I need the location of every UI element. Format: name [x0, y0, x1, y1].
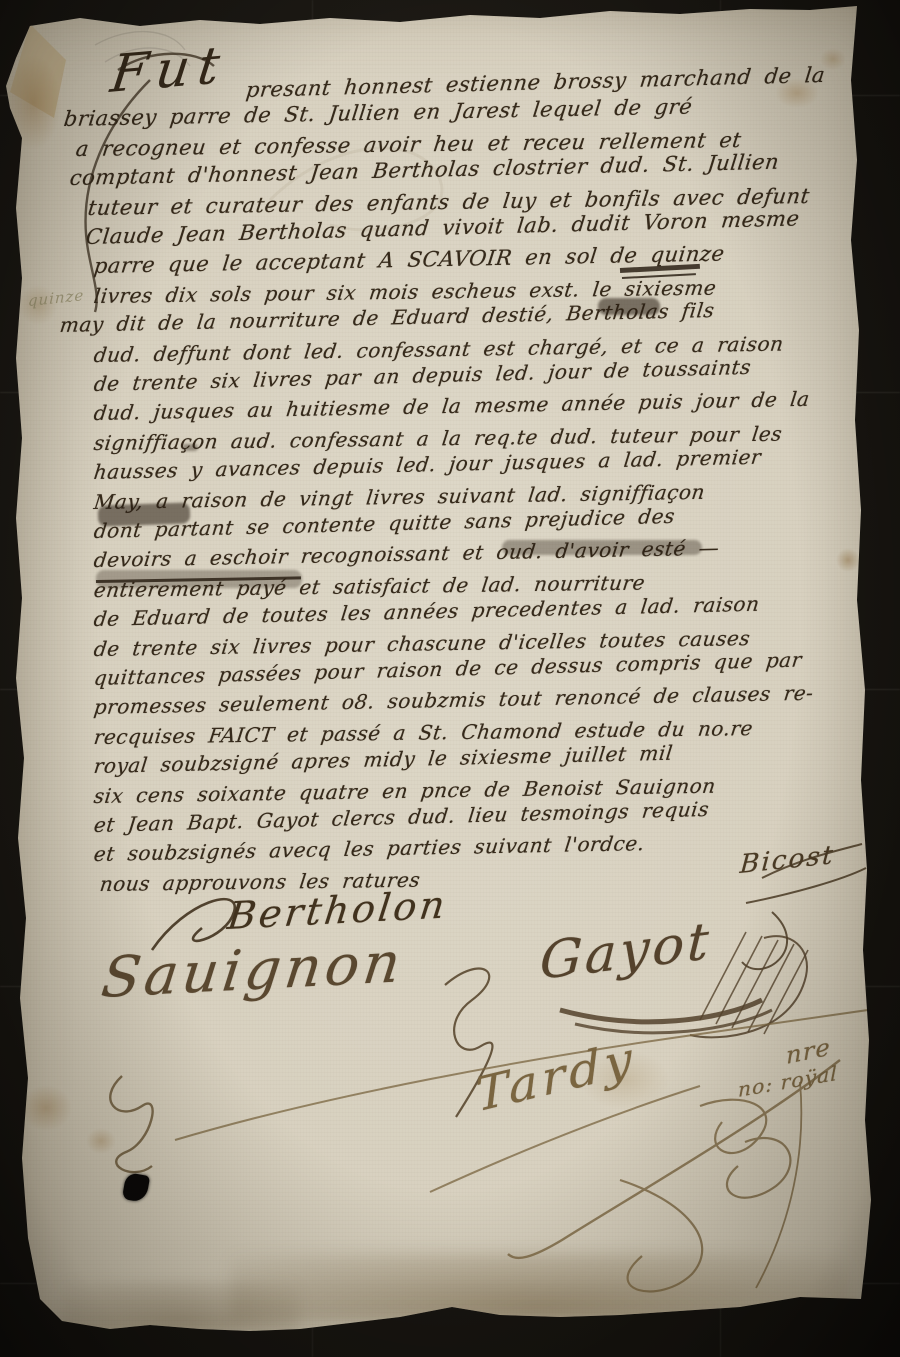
manuscript-line: et soubzsignés avecq les parties suivant… — [93, 831, 647, 866]
ink-overwrite — [182, 444, 198, 451]
left-paraph — [110, 1076, 152, 1172]
margin-note-quinze: quinze — [28, 286, 85, 310]
stain — [836, 548, 860, 572]
bottom-edge-smudge — [230, 1252, 850, 1322]
ink-overwrite — [98, 502, 191, 526]
signature: Tardy — [474, 1031, 638, 1123]
stain — [20, 1085, 72, 1131]
manuscript-line: parre que le acceptant A SCAVOIR en sol … — [93, 242, 726, 279]
photo-stage: Fut quinze presant honnest estienne bros… — [0, 0, 900, 1357]
paper-hole — [122, 1172, 150, 1203]
manuscript-line: presant honnest estienne brossy marchand… — [245, 63, 827, 102]
manuscript-paper: Fut quinze presant honnest estienne bros… — [0, 0, 900, 1357]
opening-initial: Fut — [107, 35, 231, 105]
ink-overwrite — [502, 540, 702, 555]
signature: Sauignon — [98, 930, 408, 1011]
stain — [86, 1128, 116, 1154]
signature: Gayot — [538, 912, 713, 992]
bottom-edge-smudge — [60, 1282, 300, 1332]
signature: Bicost — [739, 840, 836, 880]
ink-overwrite — [598, 298, 660, 315]
